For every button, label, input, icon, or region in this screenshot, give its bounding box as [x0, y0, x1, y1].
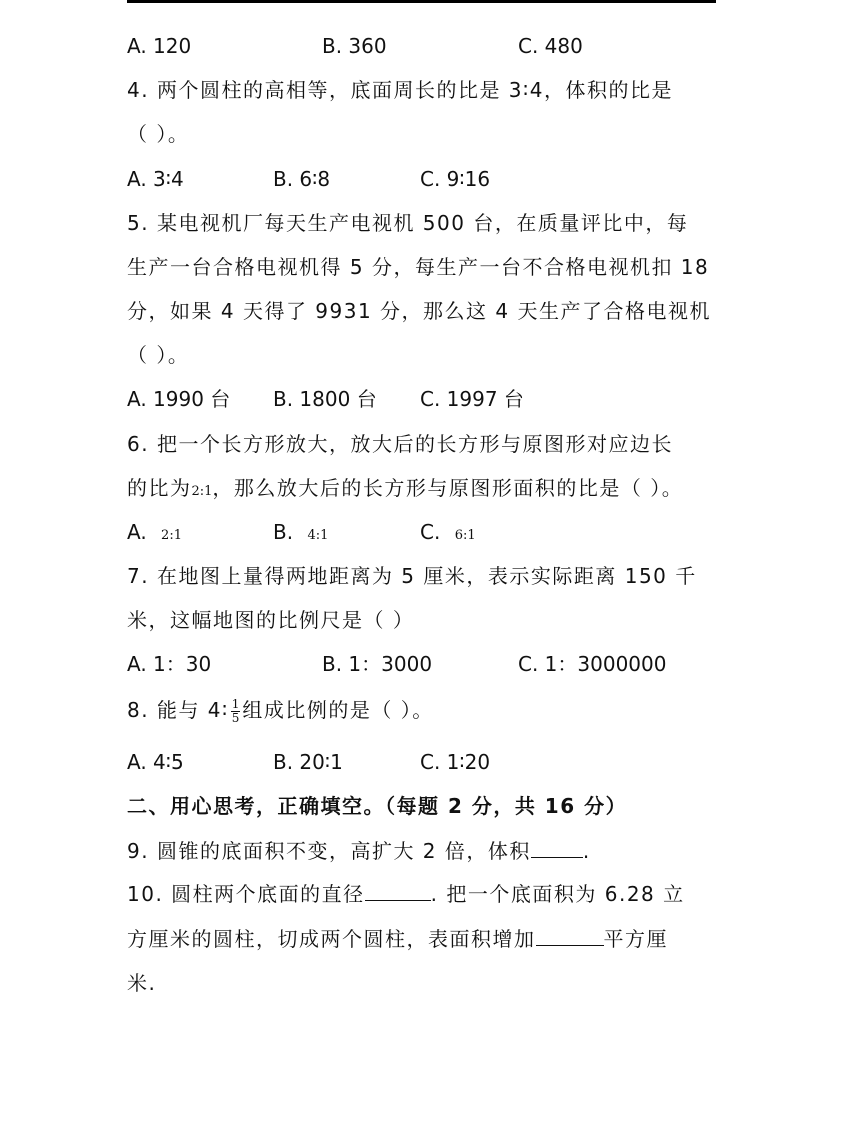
- q5-option-a: A. 1990 台: [127, 387, 230, 411]
- q8-post: 组成比例的是（ ）。: [242, 698, 433, 722]
- q5-text-line1: 5. 某电视机厂每天生产电视机 500 台，在质量评比中，每: [127, 211, 688, 235]
- q8-fraction: 15: [231, 698, 241, 725]
- q9-post: .: [583, 839, 591, 863]
- q6-option-b-label: B.: [273, 520, 293, 544]
- q6-text-line2: 的比为2:1，那么放大后的长方形与原图形面积的比是（ ）。: [127, 476, 683, 504]
- q4-text-line1: 4. 两个圆柱的高相等，底面周长的比是 3∶4，体积的比是: [127, 78, 673, 102]
- top-rule: [127, 0, 716, 3]
- q8-pre: 8. 能与 4∶: [127, 698, 229, 722]
- q9-answer-blank[interactable]: [531, 839, 583, 858]
- q6-option-a-value: 2:1: [161, 528, 182, 543]
- q8-option-c: C. 1∶20: [420, 750, 490, 774]
- q6-option-b: B. 4:1: [273, 520, 328, 548]
- q6-option-a-label: A.: [127, 520, 147, 544]
- q6-option-b-value: 4:1: [307, 528, 328, 543]
- section2-heading: 二、用心思考，正确填空。（每题 2 分，共 16 分）: [127, 794, 627, 818]
- q10-line2-pre: 方厘米的圆柱，切成两个圆柱，表面积增加: [127, 927, 536, 951]
- q6-option-c-label: C.: [420, 520, 440, 544]
- q10-line2-post: 平方厘: [604, 927, 669, 951]
- q10-text-line1: 10. 圆柱两个底面的直径. 把一个底面积为 6.28 立: [127, 882, 685, 906]
- q3-option-a: A. 120: [127, 34, 191, 58]
- q5-text-line3: 分，如果 4 天得了 9931 分，那么这 4 天生产了合格电视机: [127, 299, 711, 323]
- q5-text-line2: 生产一台合格电视机得 5 分，每生产一台不合格电视机扣 18: [127, 255, 709, 279]
- q9-text: 9. 圆锥的底面积不变，高扩大 2 倍，体积.: [127, 839, 591, 863]
- q7-text-line1: 7. 在地图上量得两地距离为 5 厘米，表示实际距离 150 千: [127, 564, 697, 588]
- q8-text: 8. 能与 4∶15组成比例的是（ ）。: [127, 698, 434, 725]
- q10-line1-pre: 10. 圆柱两个底面的直径: [127, 882, 365, 906]
- q10-text-line2: 方厘米的圆柱，切成两个圆柱，表面积增加平方厘: [127, 927, 668, 951]
- q6-option-c: C. 6:1: [420, 520, 476, 548]
- q8-option-b: B. 20∶1: [273, 750, 343, 774]
- q8-fraction-denominator: 5: [231, 712, 241, 725]
- q7-option-c: C. 1：3000000: [518, 652, 666, 676]
- q4-text-line2: （ ）。: [127, 122, 189, 146]
- q6-ratio: 2:1: [192, 484, 213, 499]
- q10-text-line3: 米.: [127, 971, 156, 995]
- q3-option-b: B. 360: [322, 34, 387, 58]
- q7-option-b: B. 1：3000: [322, 652, 432, 676]
- q5-option-b: B. 1800 台: [273, 387, 377, 411]
- q5-text-line4: （ ）。: [127, 343, 189, 367]
- q6-option-a: A. 2:1: [127, 520, 182, 548]
- q10-line1-post: . 把一个底面积为 6.28 立: [431, 882, 685, 906]
- q4-option-c: C. 9∶16: [420, 167, 490, 191]
- q5-option-c: C. 1997 台: [420, 387, 524, 411]
- q10-answer-blank-1[interactable]: [365, 882, 431, 901]
- q6-line2-pre: 的比为: [127, 476, 192, 500]
- q8-fraction-numerator: 1: [231, 698, 241, 712]
- q4-option-b: B. 6∶8: [273, 167, 330, 191]
- q4-option-a: A. 3∶4: [127, 167, 184, 191]
- q7-option-a: A. 1：30: [127, 652, 211, 676]
- q8-option-a: A. 4∶5: [127, 750, 184, 774]
- q6-text-line1: 6. 把一个长方形放大，放大后的长方形与原图形对应边长: [127, 432, 673, 456]
- q9-pre: 9. 圆锥的底面积不变，高扩大 2 倍，体积: [127, 839, 531, 863]
- q10-answer-blank-2[interactable]: [536, 927, 604, 946]
- q3-option-c: C. 480: [518, 34, 583, 58]
- q7-text-line2: 米，这幅地图的比例尺是（ ）: [127, 608, 414, 632]
- q6-option-c-value: 6:1: [455, 528, 476, 543]
- q6-line2-post: ，那么放大后的长方形与原图形面积的比是（ ）。: [212, 476, 683, 500]
